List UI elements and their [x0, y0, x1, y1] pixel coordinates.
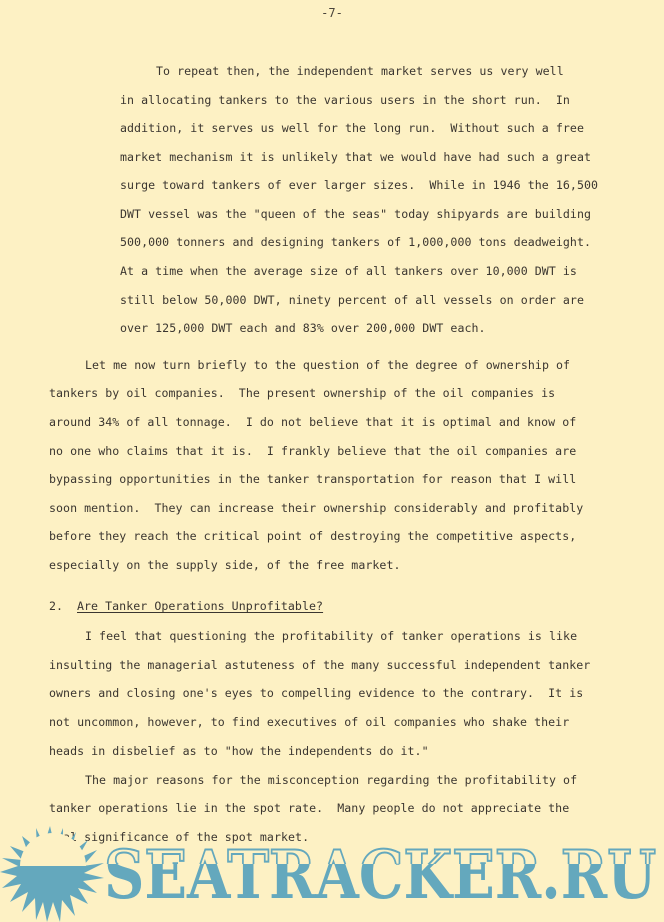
text-line: The major reasons for the misconception …	[85, 773, 577, 787]
section-number: 2.	[49, 599, 63, 613]
text-line: bypassing opportunities in the tanker tr…	[49, 472, 576, 486]
text-line: addition, it serves us well for the long…	[120, 121, 584, 135]
text-line: At a time when the average size of all t…	[120, 264, 577, 278]
section-title: Are Tanker Operations Unprofitable?	[77, 599, 323, 613]
text-line: over 125,000 DWT each and 83% over 200,0…	[120, 321, 486, 335]
text-line: tankers by oil companies. The present ow…	[49, 386, 555, 400]
text-line: insulting the managerial astuteness of t…	[49, 658, 590, 672]
text-line: not uncommon, however, to find executive…	[49, 715, 569, 729]
text-line: especially on the supply side, of the fr…	[49, 558, 401, 572]
text-line: heads in disbelief as to "how the indepe…	[49, 744, 429, 758]
text-line: soon mention. They can increase their ow…	[49, 501, 583, 515]
text-line: in allocating tankers to the various use…	[120, 93, 570, 107]
text-line: market mechanism it is unlikely that we …	[120, 150, 591, 164]
watermark-graphic: SEATRACKER.RU SEATRACKER.RU	[0, 826, 664, 922]
text-line: no one who claims that it is. I frankly …	[49, 444, 576, 458]
watermark: SEATRACKER.RU SEATRACKER.RU	[0, 826, 664, 922]
text-line: owners and closing one's eyes to compell…	[49, 686, 583, 700]
text-line: tanker operations lie in the spot rate. …	[49, 801, 569, 815]
text-line: DWT vessel was the "queen of the seas" t…	[120, 207, 591, 221]
text-line: around 34% of all tonnage. I do not beli…	[49, 415, 576, 429]
page-number: -7-	[0, 6, 664, 20]
text-line: surge toward tankers of ever larger size…	[120, 178, 598, 192]
text-line: still below 50,000 DWT, ninety percent o…	[120, 293, 584, 307]
text-line: Let me now turn briefly to the question …	[85, 358, 570, 372]
sun-over-sea-icon	[0, 826, 104, 922]
text-line: before they reach the critical point of …	[49, 529, 576, 543]
text-line: 500,000 tonners and designing tankers of…	[120, 235, 591, 249]
text-line: I feel that questioning the profitabilit…	[85, 629, 577, 643]
text-line: To repeat then, the independent market s…	[156, 64, 564, 78]
